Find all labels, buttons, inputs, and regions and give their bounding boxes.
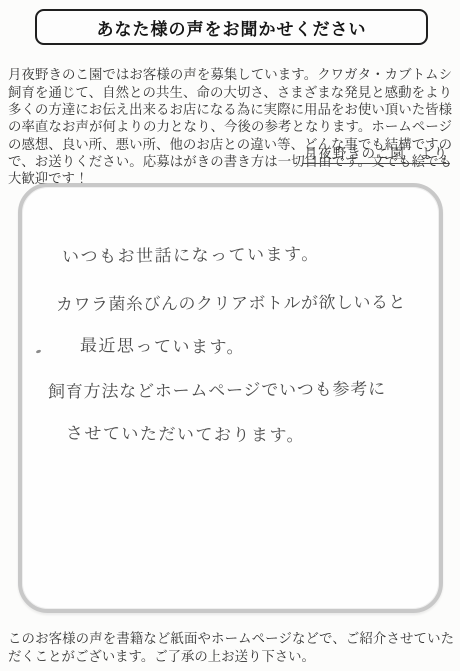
title-box: あなた様の声をお聞かせください [35,9,428,45]
page-title: あなた様の声をお聞かせください [97,15,367,40]
handwriting-line: カワラ菌糸びんのクリアボトルが欲しいると [56,288,406,315]
stray-pen-mark [36,349,42,354]
intro-paragraph: 月夜野きのこ園ではお客様の声を募集しています。クワガタ・カブトムシ飼育を通じて、… [8,67,452,188]
handwriting-line: させていただいております。 [66,419,305,447]
handwriting-line: いつもお世話になっています。 [62,240,320,268]
handwriting-card: いつもお世話になっています。 カワラ菌糸びんのクリアボトルが欲しいると 最近思っ… [18,183,443,613]
footer-note: このお客様の声を書籍など紙面やホームページなどで、ご紹介させていただくことがござ… [8,631,454,666]
handwriting-line: 最近思っています。 [80,331,245,358]
signature-line: 月夜野きのこ園 より [302,143,450,164]
handwriting-line: 飼育方法などホームページでいつも参考に [48,375,386,403]
